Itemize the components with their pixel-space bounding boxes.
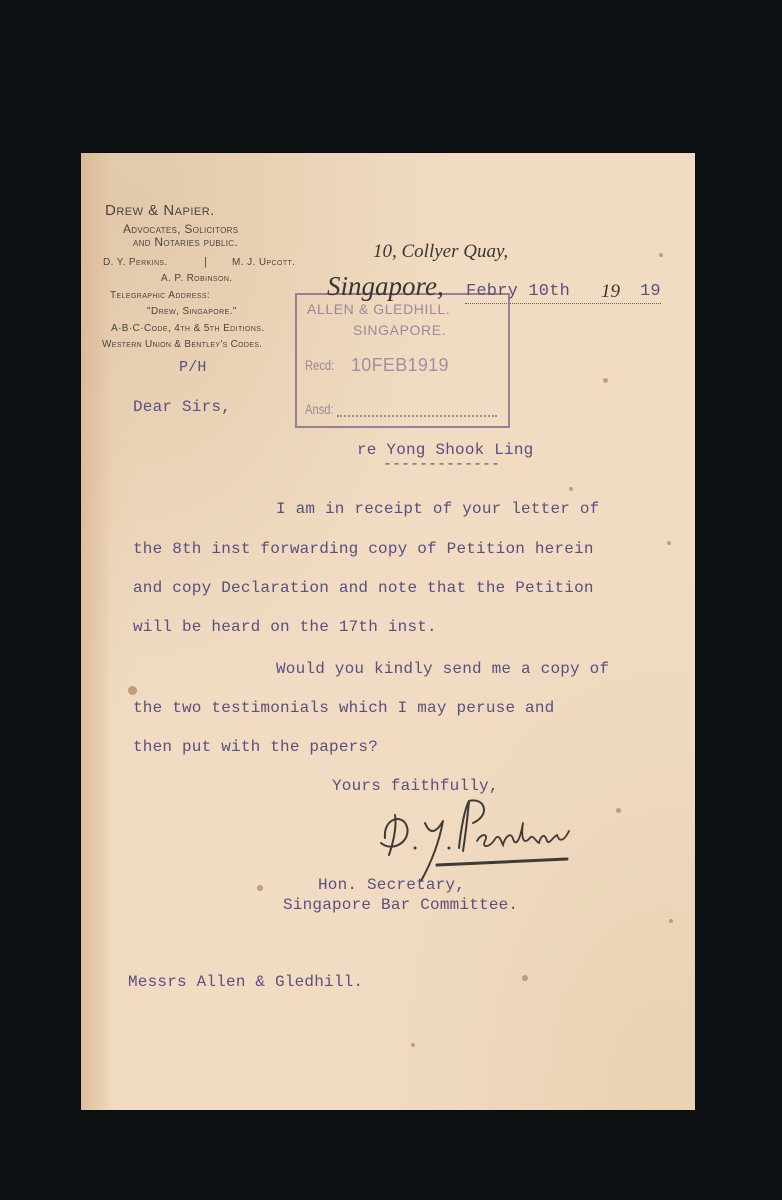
foxing-spot	[257, 885, 263, 891]
body-line: I am in receipt of your letter of	[276, 500, 599, 518]
telegraph-code: A·B·C·Code, 4th & 5th Editions.	[111, 323, 265, 334]
partner-separator: |	[204, 256, 207, 268]
subject-underline: -------------	[383, 456, 500, 473]
stamp-answered-line	[337, 415, 497, 417]
foxing-spot	[616, 808, 621, 813]
body-line: will be heard on the 17th inst.	[133, 618, 437, 636]
foxing-spot	[659, 253, 663, 257]
stamp-received-date: 10FEB1919	[351, 355, 449, 376]
street-address: 10, Collyer Quay,	[373, 241, 508, 263]
body-line: and copy Declaration and note that the P…	[133, 579, 594, 597]
stamp-firm: ALLEN & GLEDHILL.	[307, 301, 450, 317]
foxing-spot	[522, 975, 528, 981]
foxing-spot	[667, 541, 671, 545]
year-prefix: 19	[601, 281, 620, 303]
letter-page: Drew & Napier. Advocates, Solicitors and…	[81, 153, 695, 1110]
paper-edge-discoloration	[81, 153, 109, 1110]
partner-name: M. J. Upcott.	[232, 257, 295, 268]
telegraph-code: Western Union & Bentley's Codes.	[102, 339, 262, 350]
letter-date: Febry 10th	[466, 282, 570, 301]
body-line: the two testimonials which I may peruse …	[133, 699, 554, 717]
telegraphic-address: "Drew, Singapore."	[147, 306, 237, 317]
foxing-spot	[669, 919, 673, 923]
salutation: Dear Sirs,	[133, 398, 231, 416]
foxing-spot	[569, 487, 573, 491]
year-suffix: 19	[640, 282, 661, 301]
firm-subtitle: and Notaries public.	[133, 235, 238, 249]
foxing-spot	[411, 1043, 415, 1047]
body-line: Would you kindly send me a copy of	[276, 660, 609, 678]
partner-name: D. Y. Perkins.	[103, 257, 168, 268]
body-line: then put with the papers?	[133, 738, 378, 756]
stamp-answered-label: Ansd:	[305, 401, 334, 417]
foxing-spot	[128, 686, 137, 695]
body-line: the 8th inst forwarding copy of Petition…	[133, 540, 594, 558]
date-dotted-line	[465, 303, 661, 304]
received-stamp: ALLEN & GLEDHILL. SINGAPORE. Recd: 10FEB…	[295, 293, 510, 428]
handwritten-signature	[373, 793, 603, 883]
addressee: Messrs Allen & Gledhill.	[128, 973, 363, 991]
signatory-organization: Singapore Bar Committee.	[283, 896, 518, 914]
city: Singapore,	[327, 271, 444, 302]
firm-subtitle: Advocates, Solicitors	[123, 222, 238, 236]
foxing-spot	[603, 378, 608, 383]
stamp-received-label: Recd:	[305, 357, 334, 373]
firm-name: Drew & Napier.	[105, 202, 215, 219]
partner-name: A. P. Robinson.	[161, 273, 232, 284]
stamp-city: SINGAPORE.	[353, 322, 446, 338]
signatory-title: Hon. Secretary,	[318, 876, 465, 894]
telegraphic-label: Telegraphic Address:	[110, 290, 210, 301]
reference-initials: P/H	[179, 359, 207, 376]
